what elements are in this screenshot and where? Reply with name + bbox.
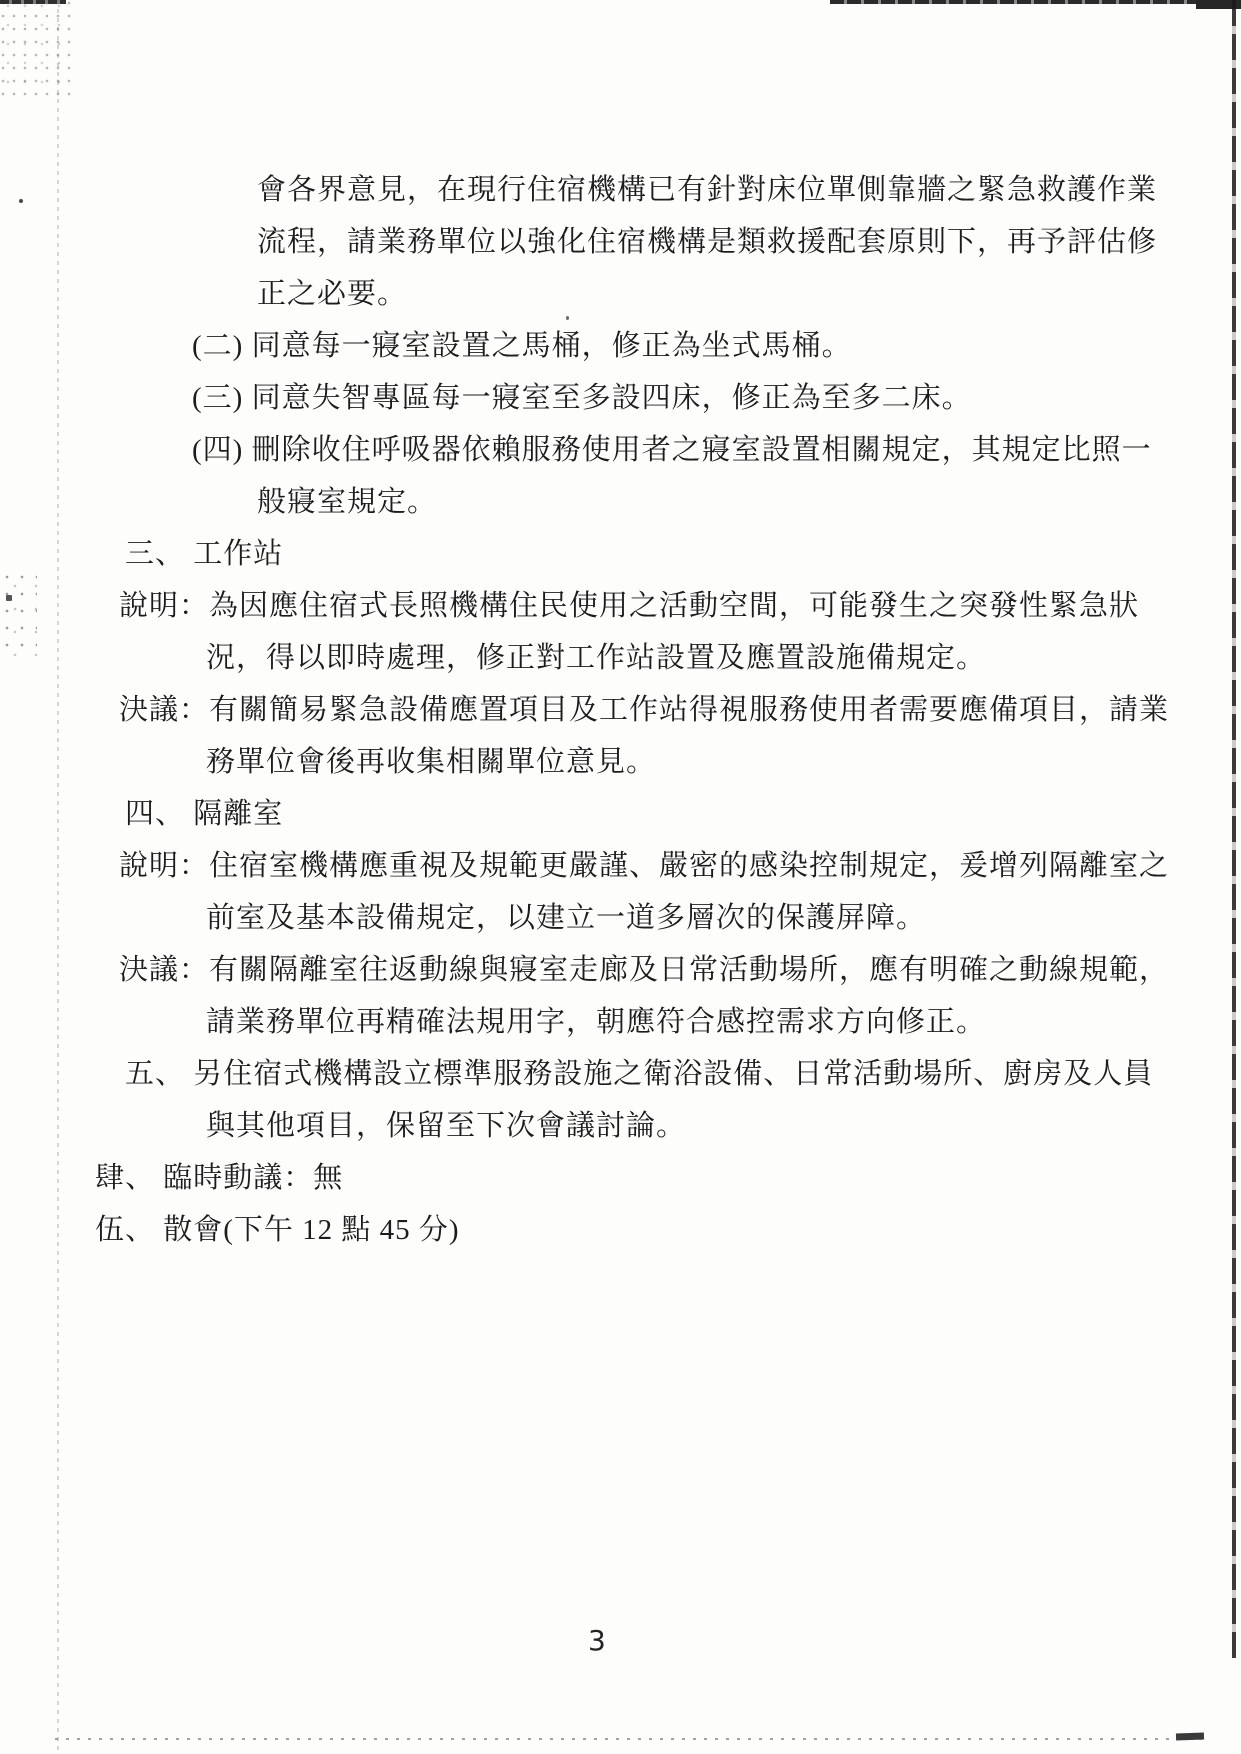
text-line: 會各界意見，在現行住宿機構已有針對床位單側靠牆之緊急救護作業	[257, 164, 1241, 216]
document-body: 會各界意見，在現行住宿機構已有針對床位單側靠牆之緊急救護作業流程，請業務單位以強…	[0, 164, 1241, 1256]
text-line: 決議：有關隔離室往返動線與寢室走廊及日常活動場所，應有明確之動線規範，	[119, 944, 1241, 996]
text-line: 說明：為因應住宿式長照機構住民使用之活動空間，可能發生之突發性緊急狀	[119, 580, 1241, 632]
scan-corner-top-right	[1196, 0, 1241, 9]
text-line: 況，得以即時處理，修正對工作站設置及應置設施備規定。	[206, 632, 1241, 684]
text-line: 務單位會後再收集相關單位意見。	[206, 736, 1241, 788]
text-line: 說明：住宿室機構應重視及規範更嚴謹、嚴密的感染控制規定，爰增列隔離室之	[119, 840, 1241, 892]
text-line: 請業務單位再精確法規用字，朝應符合感控需求方向修正。	[206, 996, 1241, 1048]
text-line: 決議：有關簡易緊急設備應置項目及工作站得視服務使用者需要應備項目，請業	[119, 684, 1241, 736]
scan-edge-top-right	[830, 0, 1196, 4]
scan-noise-top-left	[0, 0, 72, 100]
scan-edge-bottom-dotted-line	[55, 1738, 1205, 1740]
text-line: 流程，請業務單位以強化住宿機構是類救援配套原則下，再予評估修	[257, 216, 1241, 268]
text-line: 三、 工作站	[125, 528, 1241, 580]
page-number: 3	[588, 1624, 606, 1657]
text-line: (二) 同意每一寢室設置之馬桶，修正為坐式馬桶。	[192, 320, 1241, 372]
text-line: 正之必要。	[257, 268, 1241, 320]
text-line: 伍、 散會(下午 12 點 45 分)	[95, 1204, 1241, 1256]
scan-blob-bottom-right	[1176, 1733, 1204, 1741]
text-line: 肆、 臨時動議：無	[95, 1152, 1241, 1204]
text-line: 四、 隔離室	[125, 788, 1241, 840]
text-line: 前室及基本設備規定，以建立一道多層次的保護屏障。	[206, 892, 1241, 944]
text-line: 般寢室規定。	[257, 476, 1241, 528]
scan-edge-top-left	[0, 0, 66, 4]
text-line: (三) 同意失智專區每一寢室至多設四床，修正為至多二床。	[192, 372, 1241, 424]
text-line: (四) 刪除收住呼吸器依賴服務使用者之寢室設置相關規定，其規定比照一	[192, 424, 1241, 476]
text-line: 與其他項目，保留至下次會議討論。	[206, 1100, 1241, 1152]
text-line: 五、 另住宿式機構設立標準服務設施之衛浴設備、日常活動場所、廚房及人員	[125, 1048, 1241, 1100]
